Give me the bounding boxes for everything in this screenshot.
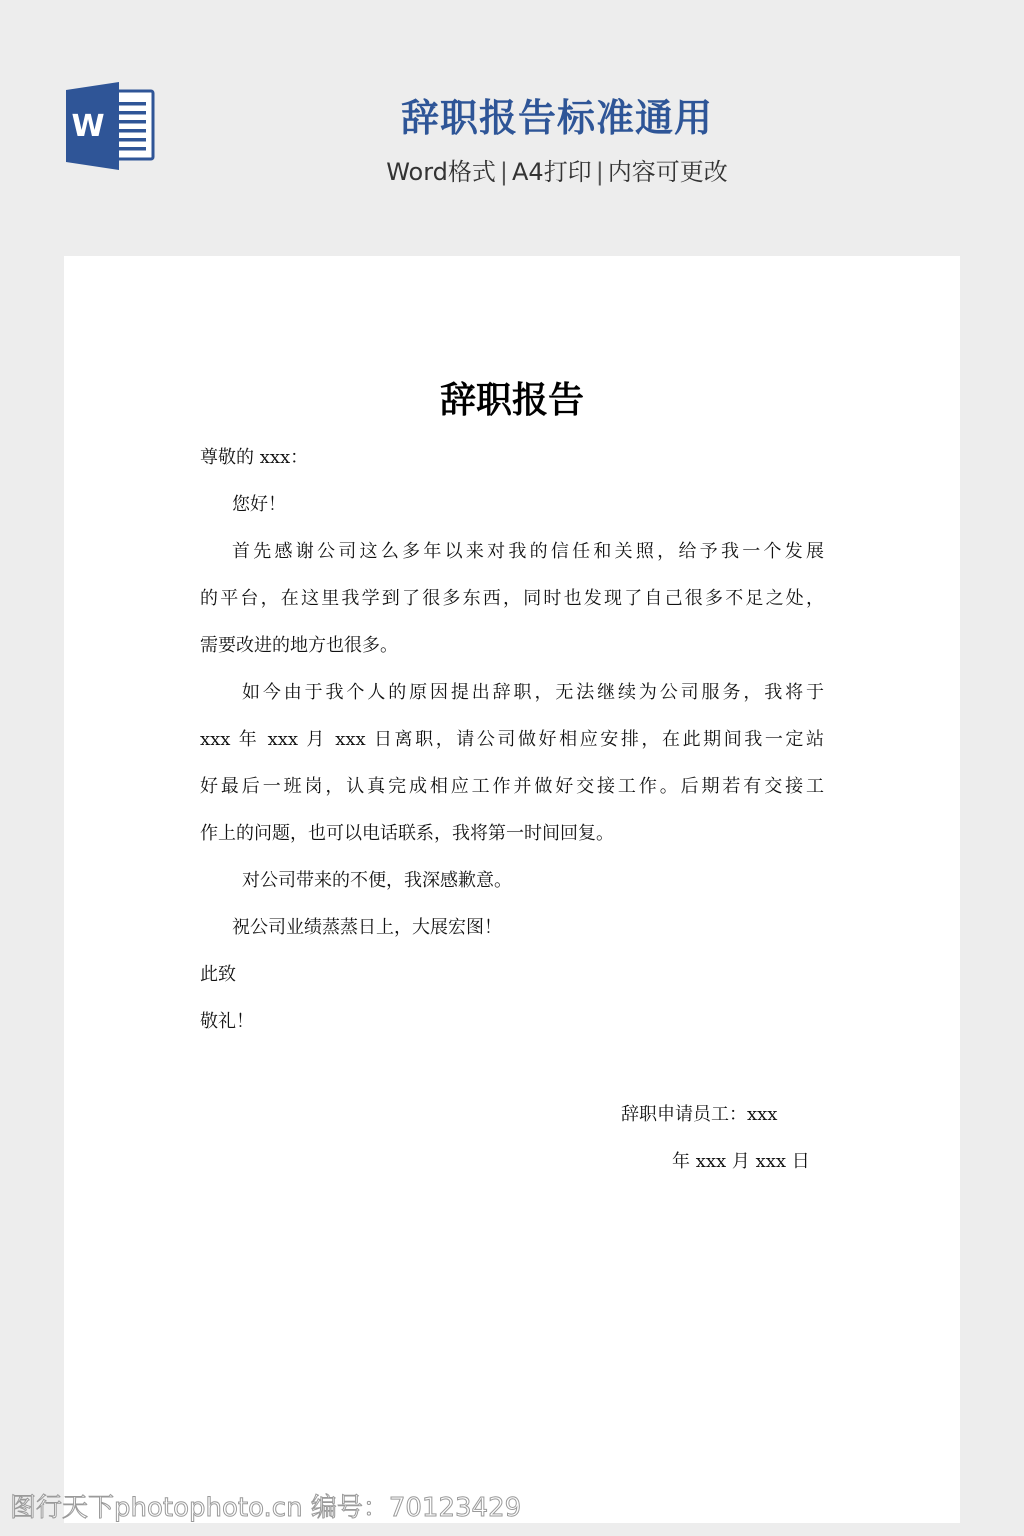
header-subtitle: Word格式|A4打印|内容可更改 (340, 152, 774, 192)
paragraph1-line: 首先感谢公司这么多年以来对我的信任和关照，给予我一个发展 (232, 538, 824, 566)
document-page: 辞职报告 尊敬的 xxx： 您好！ 首先感谢公司这么多年以来对我的信任和关照，给… (64, 256, 960, 1523)
subtitle-separator: | (592, 158, 608, 186)
salutation: 尊敬的 xxx： (200, 444, 308, 472)
wishes-line: 祝公司业绩蒸蒸日上，大展宏图！ (232, 914, 502, 942)
paragraph2-line: 好最后一班岗，认真完成相应工作并做好交接工作。后期若有交接工 (200, 773, 824, 801)
paragraph1-line: 的平台，在这里我学到了很多东西，同时也发现了自己很多不足之处， (200, 585, 824, 613)
subtitle-format: Word格式 (386, 158, 496, 186)
greeting: 您好！ (232, 491, 286, 519)
svg-text:W: W (71, 109, 104, 144)
closing-line: 敬礼！ (200, 1008, 254, 1036)
subtitle-separator: | (496, 158, 512, 186)
document-title: 辞职报告 (200, 374, 824, 426)
paragraph1-line: 需要改进的地方也很多。 (200, 632, 398, 660)
paragraph2-line: 作上的问题，也可以电话联系，我将第一时间回复。 (200, 820, 614, 848)
signature-line: 辞职申请员工：xxx (621, 1101, 777, 1129)
date-line: 年 xxx 月 xxx 日 (672, 1148, 810, 1176)
apology-line: 对公司带来的不便，我深感歉意。 (242, 867, 512, 895)
word-document-icon: W (64, 80, 156, 172)
closing-line: 此致 (200, 961, 236, 989)
watermark-text: 图行天下photophoto.cn 编号：70123429 (10, 1490, 521, 1526)
subtitle-editable: 内容可更改 (608, 158, 728, 186)
subtitle-print: A4打印 (512, 158, 592, 186)
paragraph2-line: xxx 年 xxx 月 xxx 日离职，请公司做好相应安排，在此期间我一定站 (200, 726, 824, 754)
paragraph2-line: 如今由于我个人的原因提出辞职，无法继续为公司服务，我将于 (242, 679, 824, 707)
page-header: W 辞职报告标准通用 Word格式|A4打印|内容可更改 (0, 0, 1024, 256)
header-title: 辞职报告标准通用 (340, 92, 774, 144)
